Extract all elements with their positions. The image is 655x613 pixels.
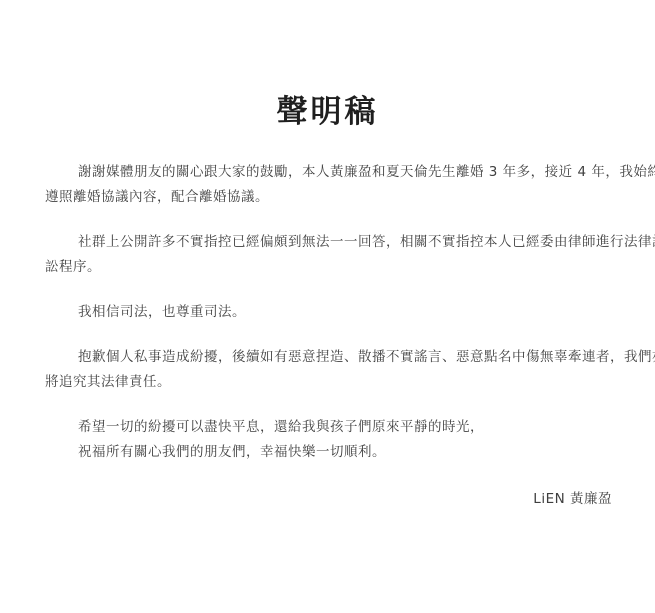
document-body: 謝謝媒體朋友的關心跟大家的鼓勵，本人黃廉盈和夏天倫先生離婚 3 年多，接近 4 … — [45, 160, 612, 512]
paragraph-line: 希望一切的紛擾可以盡快平息，還給我與孩子們原來平靜的時光， — [45, 415, 612, 440]
paragraph-line: 抱歉個人私事造成紛擾，後續如有惡意捏造、散播不實謠言、惡意點名中傷無辜牽連者，我… — [45, 345, 612, 370]
paragraph-line: 社群上公開許多不實指控已經偏頗到無法一一回答，相關不實指控本人已經委由律師進行法… — [45, 230, 612, 255]
paragraph-line: 將追究其法律責任。 — [45, 370, 612, 395]
paragraph-line: 我相信司法，也尊重司法。 — [45, 300, 612, 325]
paragraph-line: 訟程序。 — [45, 255, 612, 280]
paragraph-line: 遵照離婚協議內容，配合離婚協議。 — [45, 185, 612, 210]
paragraph-list: 謝謝媒體朋友的關心跟大家的鼓勵，本人黃廉盈和夏天倫先生離婚 3 年多，接近 4 … — [45, 160, 612, 465]
paragraph: 抱歉個人私事造成紛擾，後續如有惡意捏造、散播不實謠言、惡意點名中傷無辜牽連者，我… — [45, 345, 612, 395]
paragraph: 謝謝媒體朋友的關心跟大家的鼓勵，本人黃廉盈和夏天倫先生離婚 3 年多，接近 4 … — [45, 160, 612, 210]
statement-document-page: 聲明稿 謝謝媒體朋友的關心跟大家的鼓勵，本人黃廉盈和夏天倫先生離婚 3 年多，接… — [0, 0, 655, 613]
paragraph: 社群上公開許多不實指控已經偏頗到無法一一回答，相關不實指控本人已經委由律師進行法… — [45, 230, 612, 280]
paragraph-line: 祝福所有關心我們的朋友們，幸福快樂一切順利。 — [45, 440, 612, 465]
paragraph-line: 謝謝媒體朋友的關心跟大家的鼓勵，本人黃廉盈和夏天倫先生離婚 3 年多，接近 4 … — [45, 160, 612, 185]
paragraph: 希望一切的紛擾可以盡快平息，還給我與孩子們原來平靜的時光，祝福所有關心我們的朋友… — [45, 415, 612, 465]
signature: LiEN 黃廉盈 — [45, 487, 612, 512]
paragraph: 我相信司法，也尊重司法。 — [45, 300, 612, 325]
page-title: 聲明稿 — [0, 86, 655, 131]
